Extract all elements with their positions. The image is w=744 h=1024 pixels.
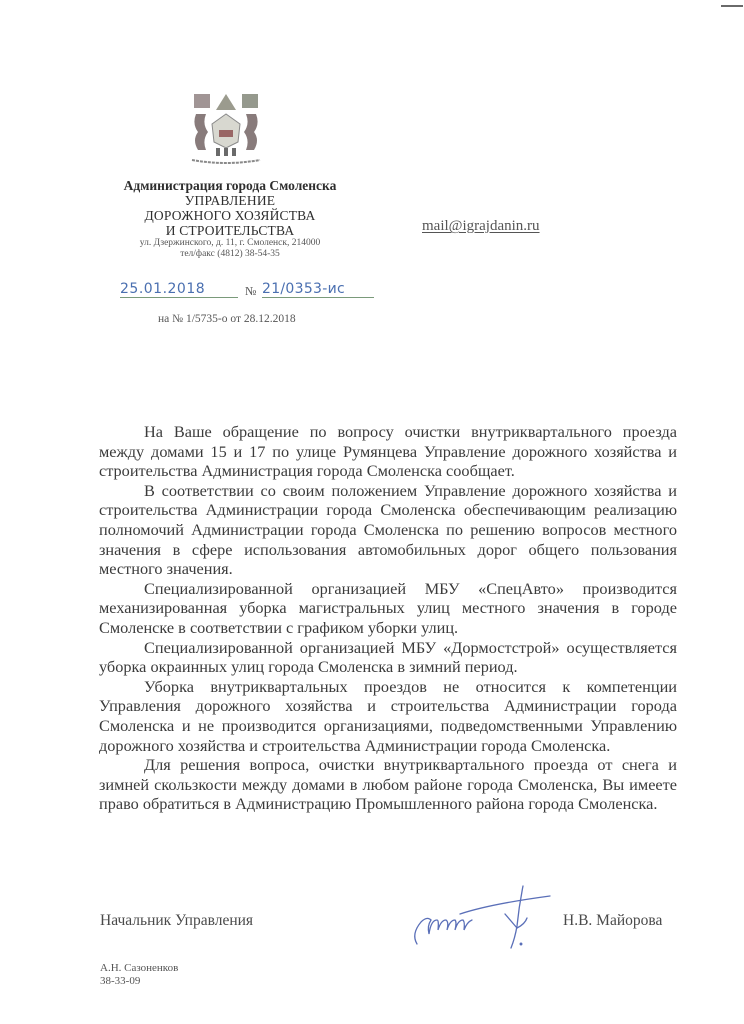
organization-name: Администрация города Смоленска (110, 178, 350, 193)
paragraph: Специализированной организацией МБУ «Спе… (99, 579, 677, 638)
recipient-email: mail@igrajdanin.ru (422, 218, 540, 235)
executor-info: А.Н. Сазоненков 38-33-09 (100, 962, 178, 988)
paragraph: Специализированной организацией МБУ «Дор… (99, 638, 677, 677)
handwritten-signature-icon (405, 884, 555, 954)
phone-fax: тел/факс (4812) 38-54-35 (110, 249, 350, 260)
executor-phone: 38-33-09 (100, 975, 178, 988)
scan-corner-mark (721, 5, 743, 7)
paragraph: В соответствии со своим положением Управ… (99, 481, 677, 579)
registration-date: 25.01.2018 (120, 281, 238, 298)
paragraph: Уборка внутриквартальных проездов не отн… (99, 677, 677, 755)
executor-name: А.Н. Сазоненков (100, 962, 178, 975)
reference-line: на № 1/5735-о от 28.12.2018 (158, 313, 296, 325)
smolensk-coat-of-arms-icon (186, 90, 266, 170)
registration-number: 21/0353-ис (262, 281, 374, 298)
letterhead: Администрация города Смоленска УПРАВЛЕНИ… (110, 178, 350, 260)
department-name-line-1: УПРАВЛЕНИЕ (110, 193, 350, 208)
address: ул. Дзержинского, д. 11, г. Смоленск, 21… (110, 238, 350, 249)
letter-body: На Ваше обращение по вопросу очистки вну… (99, 422, 677, 814)
signatory-name: Н.В. Майорова (563, 912, 662, 930)
paragraph: Для решения вопроса, очистки внутрикварт… (99, 755, 677, 814)
signatory-title: Начальник Управления (100, 912, 253, 930)
department-name-line-3: И СТРОИТЕЛЬСТВА (110, 223, 350, 238)
paragraph: На Ваше обращение по вопросу очистки вну… (99, 422, 677, 481)
number-sign: № (245, 284, 256, 299)
department-name-line-2: ДОРОЖНОГО ХОЗЯЙСТВА (110, 208, 350, 223)
